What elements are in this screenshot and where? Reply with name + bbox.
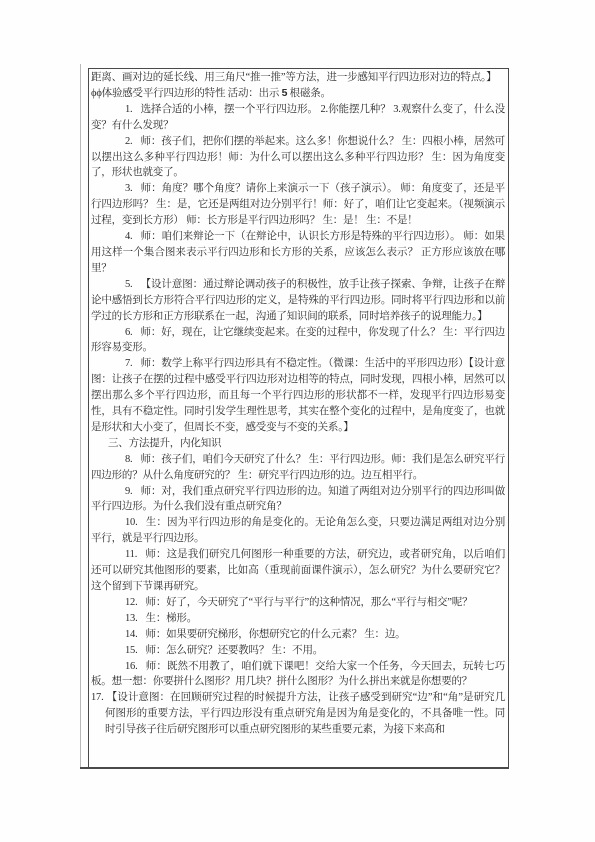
list-number: 13. bbox=[125, 613, 138, 624]
list-number: 12. bbox=[125, 597, 138, 608]
paragraph: 11.师：这是我们研究几何图形一种重要的方法，研究边，或者研究角，以后咱们还可以… bbox=[91, 547, 505, 595]
list-number: 7. bbox=[125, 358, 132, 369]
document-page: 距离、画对边的延长线、用三角尺“推一推”等方法，进一步感知平行四边形对边的特点。… bbox=[0, 0, 595, 842]
list-number: 15. bbox=[125, 645, 138, 656]
paragraph: 9.师：对，我们重点研究平行四边形的边。知道了两组对边分别平行的四边形叫做平行四… bbox=[91, 484, 505, 516]
paragraph: 7.师：数学上称平行四边形具有不稳定性。（微课：生活中的平形四边形）【设计意图：… bbox=[91, 356, 505, 436]
list-number: 11. bbox=[125, 549, 137, 560]
paragraph: 17.【设计意图：在回顾研究过程的时候提升方法，让孩子感受到研究“边”和“角”是… bbox=[91, 690, 505, 738]
paragraph: 16.师：既然不用教了，咱们就下课吧！交给大家一个任务，今天回去，玩转七巧板。想… bbox=[91, 659, 505, 691]
paragraph: 三、方法提升，内化知识 bbox=[91, 436, 505, 452]
paragraph: 13.生：梯形。 bbox=[91, 611, 505, 627]
list-number: 4. bbox=[125, 231, 132, 242]
paragraph: 3.师：角度？哪个角度？请你上来演示一下（孩子演示）。 师：角度变了，还是平行四… bbox=[91, 181, 505, 229]
table-outer-border-line bbox=[80, 64, 81, 769]
list-number: 17. bbox=[91, 692, 104, 703]
list-number: 10. bbox=[125, 517, 138, 528]
list-number: 6. bbox=[125, 327, 132, 338]
paragraph: 15.师：怎么研究？还要教吗？ 生：不用。 bbox=[91, 643, 505, 659]
list-number: 5. bbox=[125, 279, 132, 290]
list-number: 8. bbox=[125, 454, 132, 465]
list-number: 1. bbox=[125, 104, 132, 115]
paragraph: 10.生：因为平行四边形的角是变化的。无论角怎么变，只要边满足两组对边分别平行，… bbox=[91, 515, 505, 547]
text-run: ϕϕ体验感受平行四边形的特性 活动：出示 bbox=[91, 88, 282, 99]
paragraph: 2.师：孩子们，把你们摆的举起来。这么多！你想说什么？ 生：四根小棒，居然可以摆… bbox=[91, 134, 505, 182]
text-run: 根磁条。 bbox=[287, 88, 331, 99]
list-number: 9. bbox=[125, 486, 132, 497]
lesson-plan-table-cell: 距离、画对边的延长线、用三角尺“推一推”等方法，进一步感知平行四边形对边的特点。… bbox=[88, 68, 509, 769]
list-number: 3. bbox=[125, 183, 132, 194]
paragraph: 8.师：孩子们，咱们今天研究了什么？ 生：平行四边形。师：我们是怎么研究平行四边… bbox=[91, 452, 505, 484]
paragraph: 14.师：如果要研究梯形，你想研究它的什么元素？ 生：边。 bbox=[91, 627, 505, 643]
list-number: 2. bbox=[125, 136, 132, 147]
paragraph: 1.选择合适的小棒，摆一个平行四边形。 2.你能摆几种？ 3.观察什么变了，什么… bbox=[91, 102, 505, 134]
paragraph: 12.师：好了，今天研究了“平行与平行”的这种情况，那么“平行与相交”呢？ bbox=[91, 595, 505, 611]
paragraph: 距离、画对边的延长线、用三角尺“推一推”等方法，进一步感知平行四边形对边的特点。… bbox=[91, 70, 505, 86]
paragraph: 5.【设计意图：通过辩论调动孩子的积极性，放手让孩子探索、争辩，让孩子在辩论中感… bbox=[91, 277, 505, 325]
paragraph: 6.师：好，现在，让它继续变起来。在变的过程中，你发现了什么？ 生：平行四边形容… bbox=[91, 325, 505, 357]
paragraph: 4.师：咱们来辩论一下（在辩论中，认识长方形是特殊的平行四边形）。 师：如果用这… bbox=[91, 229, 505, 277]
list-number: 16. bbox=[125, 661, 138, 672]
paragraph: ϕϕ体验感受平行四边形的特性 活动：出示 5 根磁条。 bbox=[91, 86, 505, 102]
list-number: 14. bbox=[125, 629, 138, 640]
